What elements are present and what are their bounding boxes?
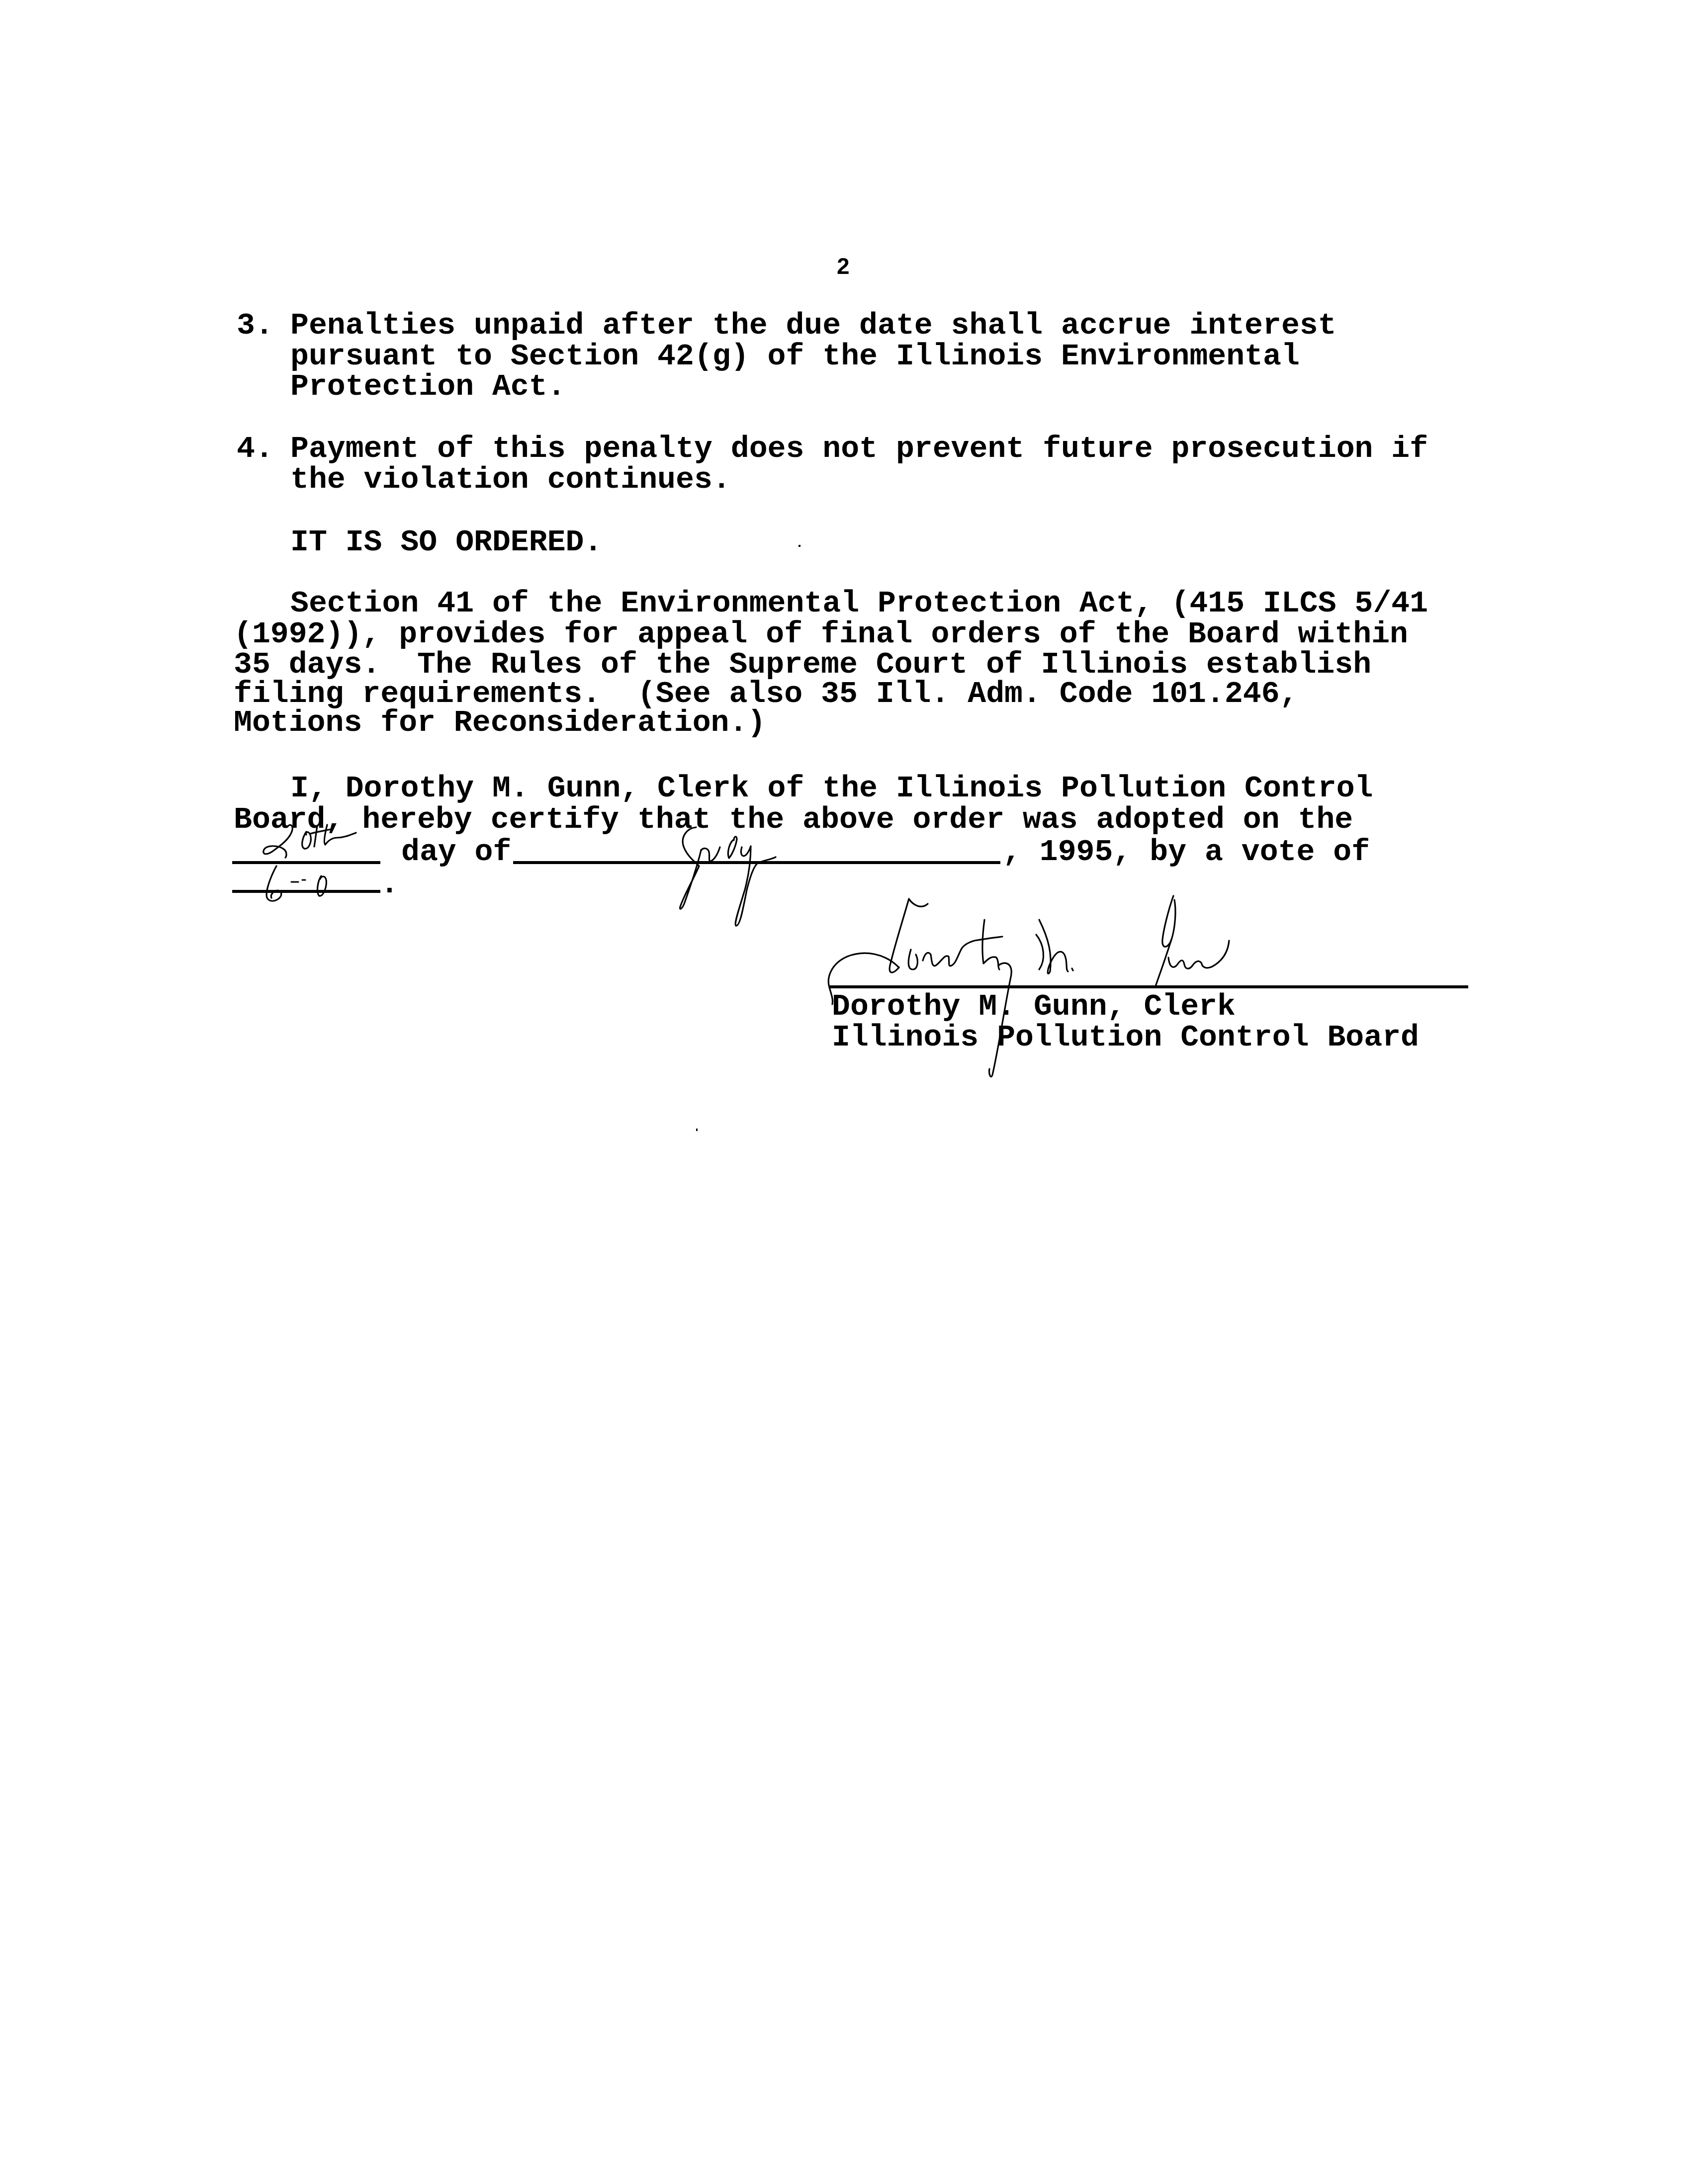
appeal-line-1: Section 41 of the Environmental Protecti… xyxy=(290,589,1428,619)
appeal-line-2: (1992)), provides for appeal of final or… xyxy=(234,619,1408,650)
year-vote-text: , 1995, by a vote of xyxy=(1003,837,1370,868)
item-3-line-2: pursuant to Section 42(g) of the Illinoi… xyxy=(290,342,1300,372)
signer-organization: Illinois Pollution Control Board xyxy=(832,1023,1419,1053)
handwritten-vote-6-0 xyxy=(259,865,388,905)
scan-speck xyxy=(696,1129,698,1131)
day-of-label: day of xyxy=(401,837,511,868)
appeal-line-3: 35 days. The Rules of the Supreme Court … xyxy=(234,650,1371,681)
item-4-number: 4. xyxy=(237,434,273,465)
appeal-line-5: Motions for Reconsideration.) xyxy=(234,708,766,739)
handwritten-month-july xyxy=(651,825,820,930)
item-3-line-1: Penalties unpaid after the due date shal… xyxy=(290,311,1336,342)
item-3-line-3: Protection Act. xyxy=(290,372,566,403)
item-4-line-2: the violation continues. xyxy=(290,465,731,496)
signature-line xyxy=(830,985,1468,988)
item-3-number: 3. xyxy=(237,311,273,342)
page-number: 2 xyxy=(837,255,850,277)
scan-speck xyxy=(799,545,800,547)
order-statement: IT IS SO ORDERED. xyxy=(290,527,602,558)
document-page: 2 3. Penalties unpaid after the due date… xyxy=(0,0,1688,2184)
item-4-line-1: Payment of this penalty does not prevent… xyxy=(290,434,1428,465)
handwritten-day-20th xyxy=(259,823,378,863)
appeal-line-4: filing requirements. (See also 35 Ill. A… xyxy=(234,679,1298,710)
certification-line-1: I, Dorothy M. Gunn, Clerk of the Illinoi… xyxy=(290,774,1373,804)
signer-name-title: Dorothy M. Gunn, Clerk xyxy=(832,992,1236,1023)
